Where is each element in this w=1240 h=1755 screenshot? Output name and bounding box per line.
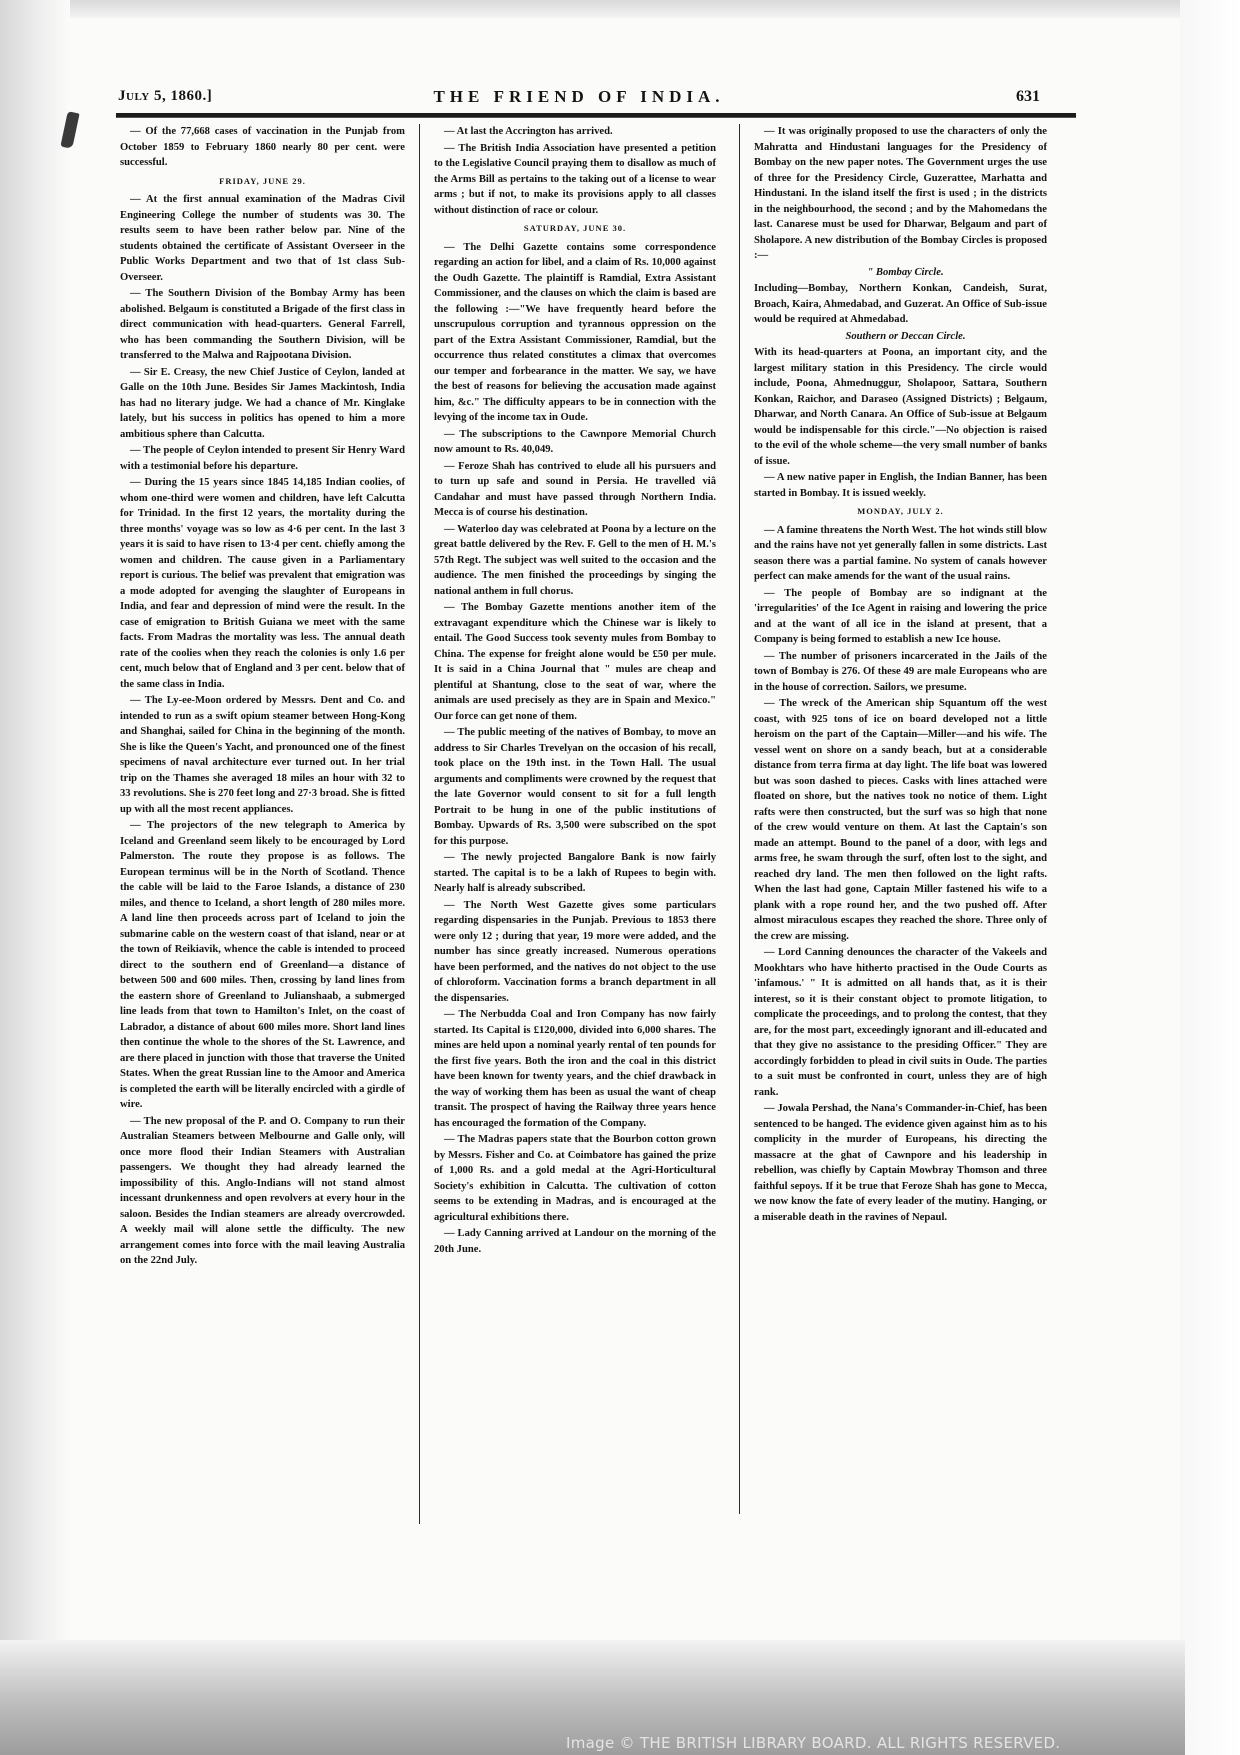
news-item: — A famine threatens the North West. The… bbox=[754, 523, 1047, 585]
news-item: — Feroze Shah has contrived to elude all… bbox=[434, 459, 716, 521]
dateline: Saturday, June 30. bbox=[434, 221, 716, 237]
copyright-watermark: Image © THE BRITISH LIBRARY BOARD. ALL R… bbox=[566, 1734, 1060, 1752]
news-item: Including—Bombay, Northern Konkan, Cande… bbox=[754, 281, 1047, 328]
news-item: — The Madras papers state that the Bourb… bbox=[434, 1132, 716, 1225]
news-item: With its head-quarters at Poona, an impo… bbox=[754, 345, 1047, 469]
scan-right-margin bbox=[1180, 0, 1240, 1755]
news-item: — The people of Ceylon intended to prese… bbox=[120, 443, 405, 474]
column-left: — Of the 77,668 cases of vaccination in … bbox=[120, 124, 405, 1270]
news-item: — Jowala Pershad, the Nana's Commander-i… bbox=[754, 1101, 1047, 1225]
news-item: — The number of prisoners incarcerated i… bbox=[754, 649, 1047, 696]
masthead: July 5, 1860.] THE FRIEND OF INDIA. 631 bbox=[118, 84, 1040, 112]
news-item: — Lord Canning denounces the character o… bbox=[754, 945, 1047, 1100]
news-item: — The subscriptions to the Cawnpore Memo… bbox=[434, 427, 716, 458]
news-item: — Sir E. Creasy, the new Chief Justice o… bbox=[120, 365, 405, 443]
column-middle: — At last the Accrington has arrived.— T… bbox=[434, 124, 716, 1258]
news-item: — It was originally proposed to use the … bbox=[754, 124, 1047, 264]
news-item: — The Southern Division of the Bombay Ar… bbox=[120, 286, 405, 364]
news-item: — At the first annual examination of the… bbox=[120, 192, 405, 285]
news-item: — The new proposal of the P. and O. Comp… bbox=[120, 1114, 405, 1269]
column-divider bbox=[739, 124, 740, 1514]
news-item: — Of the 77,668 cases of vaccination in … bbox=[120, 124, 405, 171]
news-item: — The people of Bombay are so indignant … bbox=[754, 586, 1047, 648]
news-item: — The Delhi Gazette contains some corres… bbox=[434, 240, 716, 426]
news-item: — During the 15 years since 1845 14,185 … bbox=[120, 475, 405, 692]
news-item: — The Nerbudda Coal and Iron Company has… bbox=[434, 1007, 716, 1131]
news-item: — The British India Association have pre… bbox=[434, 141, 716, 219]
news-item: — The public meeting of the natives of B… bbox=[434, 725, 716, 849]
page-number: 631 bbox=[1016, 88, 1040, 106]
news-item: — Waterloo day was celebrated at Poona b… bbox=[434, 522, 716, 600]
news-item: — A new native paper in English, the Ind… bbox=[754, 470, 1047, 501]
news-item: — The Bombay Gazette mentions another it… bbox=[434, 600, 716, 724]
section-subhead: " Bombay Circle. bbox=[754, 265, 1047, 281]
scan-left-edge bbox=[0, 0, 70, 1755]
scan-top-edge bbox=[0, 0, 1240, 18]
masthead-rule bbox=[116, 113, 1076, 118]
dateline: Monday, July 2. bbox=[754, 504, 1047, 520]
newspaper-title: THE FRIEND OF INDIA. bbox=[118, 87, 1040, 107]
dateline: Friday, June 29. bbox=[120, 174, 405, 190]
news-item: — Lady Canning arrived at Landour on the… bbox=[434, 1226, 716, 1257]
column-right: — It was originally proposed to use the … bbox=[754, 124, 1047, 1226]
column-divider bbox=[419, 124, 420, 1524]
news-item: — The North West Gazette gives some part… bbox=[434, 898, 716, 1007]
news-item: — The newly projected Bangalore Bank is … bbox=[434, 850, 716, 897]
news-item: — The wreck of the American ship Squantu… bbox=[754, 696, 1047, 944]
news-item: — The Ly-ee-Moon ordered by Messrs. Dent… bbox=[120, 693, 405, 817]
news-item: — The projectors of the new telegraph to… bbox=[120, 818, 405, 1113]
news-item: — At last the Accrington has arrived. bbox=[434, 124, 716, 140]
section-subhead: Southern or Deccan Circle. bbox=[754, 329, 1047, 345]
